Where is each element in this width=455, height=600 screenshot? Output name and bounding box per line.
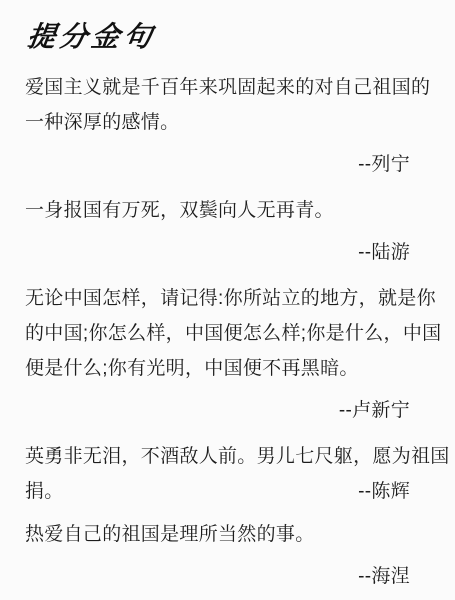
- quote-line: 便是什么;你有光明，中国便不再黑暗。: [25, 351, 430, 386]
- quote-line: 的中国;你怎么样，中国便怎么样;你是什么，中国: [25, 316, 430, 351]
- quote-block-heine: 热爱自己的祖国是理所当然的事。 --海涅: [25, 517, 430, 594]
- quote-author: --卢新宁: [25, 393, 410, 428]
- quote-author: --陆游: [25, 235, 410, 270]
- quote-block-lenin: 爱国主义就是千百年来巩固起来的对自己祖国的 一种深厚的感情。 --列宁: [25, 70, 430, 182]
- quote-block-chenhui: 英勇非无泪，不酒敌人前。男儿七尺躯，愿为祖国 捐。 --陈辉: [25, 439, 430, 509]
- quote-line: 热爱自己的祖国是理所当然的事。: [25, 517, 430, 552]
- quote-author: --陈辉: [358, 474, 410, 509]
- quote-author: --海涅: [25, 559, 410, 594]
- quote-line: 爱国主义就是千百年来巩固起来的对自己祖国的: [25, 70, 430, 105]
- page-title: 提分金句: [25, 20, 435, 54]
- quote-line: 一种深厚的感情。: [25, 105, 430, 140]
- quote-block-luxinning: 无论中国怎样，请记得:你所站立的地方，就是你 的中国;你怎么样，中国便怎么样;你…: [25, 281, 430, 428]
- quote-block-luyou: 一身报国有万死，双鬓向人无再青。 --陆游: [25, 193, 430, 270]
- quote-author: --列宁: [25, 147, 410, 182]
- quote-line: 一身报国有万死，双鬓向人无再青。: [25, 193, 430, 228]
- quote-line-with-author: 捐。 --陈辉: [25, 474, 430, 509]
- quote-line: 捐。: [25, 474, 64, 509]
- quote-line: 英勇非无泪，不酒敌人前。男儿七尺躯，愿为祖国: [25, 439, 430, 474]
- page: 提分金句 爱国主义就是千百年来巩固起来的对自己祖国的 一种深厚的感情。 --列宁…: [0, 0, 455, 600]
- quote-line: 无论中国怎样，请记得:你所站立的地方，就是你: [25, 281, 430, 316]
